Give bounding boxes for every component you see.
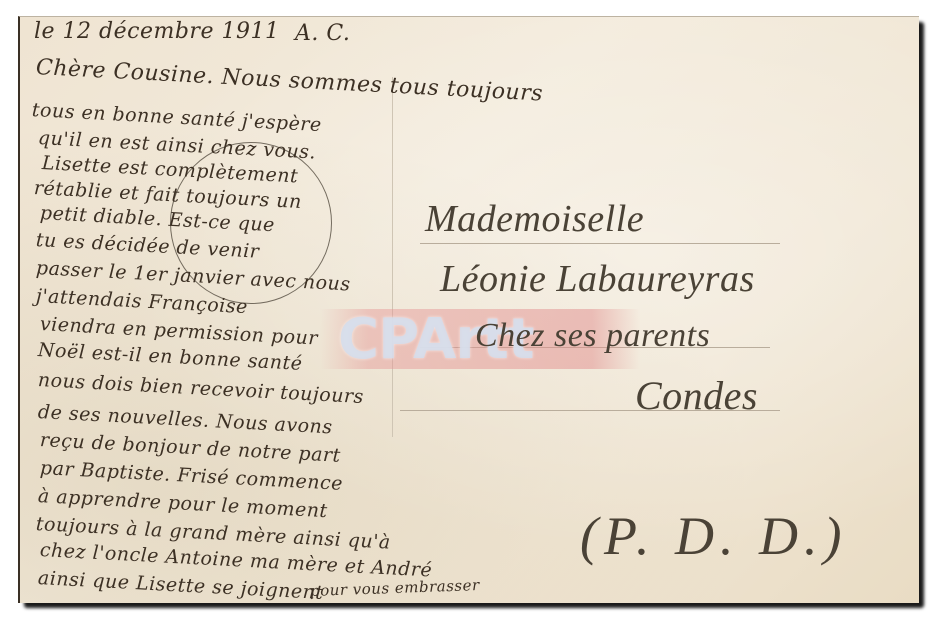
letter-initials: A. C. bbox=[295, 21, 350, 46]
letter-line: Chère Cousine. Nous sommes tous toujours bbox=[35, 55, 543, 107]
address-line-2: Léonie Labaureyras bbox=[440, 257, 755, 301]
letter-line: nous dois bien recevoir toujours bbox=[37, 369, 364, 408]
signature-initials: (P. D. D.) bbox=[580, 505, 847, 567]
address-line-1: Mademoiselle bbox=[425, 197, 644, 241]
postcard: le 12 décembre 1911 A. C. Chère Cousine.… bbox=[18, 16, 919, 603]
address-line-3: Chez ses parents bbox=[475, 317, 710, 355]
address-rule-1 bbox=[420, 243, 780, 244]
divider-line bbox=[392, 77, 393, 437]
letter-date: le 12 décembre 1911 bbox=[34, 19, 279, 44]
address-line-4: Condes bbox=[635, 372, 758, 419]
letter-line: pour vous embrasser bbox=[310, 576, 480, 600]
